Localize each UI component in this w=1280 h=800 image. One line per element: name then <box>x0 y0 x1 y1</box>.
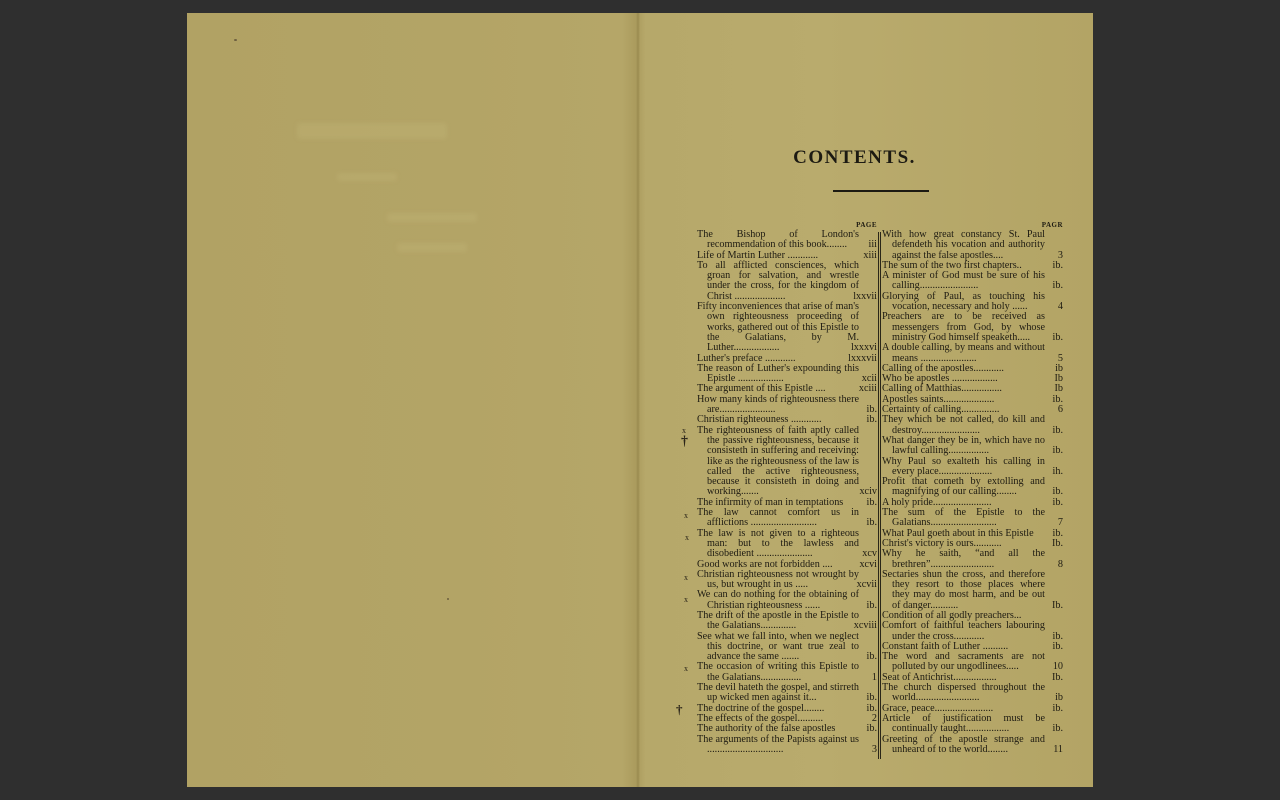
contents-entry: Christian righteousness not wrought by u… <box>697 570 877 591</box>
entry-page-number: 8 <box>1058 560 1063 570</box>
column-divider <box>878 232 881 759</box>
entry-title: Article of justification must be continu… <box>882 714 1063 735</box>
contents-entry: Why he saith, “and all the brethren”....… <box>882 549 1063 570</box>
entry-page-number: Ib. <box>1052 673 1063 683</box>
entry-page-number: 3 <box>872 745 877 755</box>
entry-title: The law is not given to a righteous man:… <box>697 529 877 560</box>
show-through-text <box>297 123 447 139</box>
contents-entry: Profit that cometh by extolling and magn… <box>882 477 1063 498</box>
contents-entry: The reason of Luther's expounding this E… <box>697 364 877 385</box>
entry-page-number: ib. <box>867 724 877 734</box>
contents-entry: The Bishop of London's recommendation of… <box>697 230 877 251</box>
entry-title: To all afflicted consciences, which groa… <box>697 261 877 302</box>
contents-entry: To all afflicted consciences, which groa… <box>697 261 877 302</box>
entry-title: Sectaries shun the cross, and therefore … <box>882 570 1063 611</box>
entry-page-number: ib. <box>1053 261 1063 271</box>
entry-title: What danger they be in, which have no la… <box>882 436 1063 457</box>
contents-entry: The righteousness of faith aptly called … <box>697 426 877 498</box>
entry-title: The word and sacraments are not polluted… <box>882 652 1063 673</box>
entry-title: Greeting of the apostle strange and unhe… <box>882 735 1063 756</box>
margin-mark-icon: x <box>685 533 689 543</box>
contents-entry: Sectaries shun the cross, and therefore … <box>882 570 1063 611</box>
entry-title: The church dispersed throughout the worl… <box>882 683 1063 704</box>
entry-page-number: xciii <box>859 384 877 394</box>
contents-entry: They which be not called, do kill and de… <box>882 415 1063 436</box>
contents-entry: How many kinds of righteousness there ar… <box>697 395 877 416</box>
entry-title: Why he saith, “and all the brethren”....… <box>882 549 1063 570</box>
contents-entry: The devil hateth the gospel, and stirret… <box>697 683 877 704</box>
entry-title: Why Paul so exalteth his calling in ever… <box>882 457 1063 478</box>
contents-entry: Preachers are to be received as messenge… <box>882 312 1063 343</box>
entry-page-number: ih. <box>1053 467 1063 477</box>
margin-mark-icon: x <box>684 595 688 605</box>
entry-page-number: ib. <box>867 498 877 508</box>
contents-entry: The church dispersed throughout the worl… <box>882 683 1063 704</box>
entry-page-number: ib. <box>1053 642 1063 652</box>
entry-page-number: ib. <box>867 601 877 611</box>
show-through-text <box>397 243 467 252</box>
entry-page-number: 11 <box>1053 745 1063 755</box>
entry-page-number: ib. <box>867 415 877 425</box>
title-rule <box>833 190 929 192</box>
entry-page-number: ib. <box>1053 426 1063 436</box>
contents-entry: Article of justification must be continu… <box>882 714 1063 735</box>
entry-title: They which be not called, do kill and de… <box>882 415 1063 436</box>
entry-page-number: ib. <box>1053 333 1063 343</box>
dagger-mark-icon: † <box>681 437 688 447</box>
contents-entry: We can do nothing for the obtaining of C… <box>697 590 877 611</box>
cross-mark-icon: † <box>676 705 683 715</box>
contents-entry: The sum of the Epistle to the Galatians.… <box>882 508 1063 529</box>
entry-page-number: xcvii <box>857 580 877 590</box>
entry-page-number: xcvi <box>859 560 877 570</box>
entry-title: The Bishop of London's recommendation of… <box>697 230 877 251</box>
contents-entry: The law cannot comfort us in afflictions… <box>697 508 877 529</box>
contents-entry: The law is not given to a righteous man:… <box>697 529 877 560</box>
entry-title: The devil hateth the gospel, and stirret… <box>697 683 877 704</box>
contents-entry: The arguments of the Papists against us … <box>697 735 877 756</box>
paper-speck <box>447 598 449 600</box>
entry-title: The reason of Luther's expounding this E… <box>697 364 877 385</box>
entry-title: A double calling, by means and without m… <box>882 343 1063 364</box>
entry-title: The law cannot comfort us in afflictions… <box>697 508 877 529</box>
entry-page-number: ib. <box>867 518 877 528</box>
entry-title: Preachers are to be received as messenge… <box>882 312 1063 343</box>
entry-page-number: 1 <box>872 673 877 683</box>
entry-page-number: xcv <box>862 549 877 559</box>
entry-page-number: Ib. <box>1052 601 1063 611</box>
contents-entry: Why Paul so exalteth his calling in ever… <box>882 457 1063 478</box>
contents-entry: A minister of God must be sure of his ca… <box>882 271 1063 292</box>
entry-title: Christian righteousness not wrought by u… <box>697 570 877 591</box>
page-title: CONTENTS. <box>628 147 1081 169</box>
contents-entry: Greeting of the apostle strange and unhe… <box>882 735 1063 756</box>
contents-entry: With how great constancy St. Paul defend… <box>882 230 1063 261</box>
entry-title: The authority of the false apostles <box>697 724 877 734</box>
contents-entry: Fifty inconveniences that arise of man's… <box>697 302 877 353</box>
entry-title: Glorying of Paul, as touching his vocati… <box>882 292 1063 313</box>
contents-column-right: PAGR With how great constancy St. Paul d… <box>882 221 1063 755</box>
entry-title: The sum of the Epistle to the Galatians.… <box>882 508 1063 529</box>
margin-mark-icon: x <box>684 573 688 583</box>
paper-speck <box>234 39 237 41</box>
entry-page-number: ib. <box>1053 724 1063 734</box>
contents-entry: What danger they be in, which have no la… <box>882 436 1063 457</box>
entry-page-number: xiii <box>863 251 877 261</box>
contents-entry: The word and sacraments are not polluted… <box>882 652 1063 673</box>
entry-title: A minister of God must be sure of his ca… <box>882 271 1063 292</box>
contents-entry: See what we fall into, when we neglect t… <box>697 632 877 663</box>
contents-entry: The authority of the false apostlesib. <box>697 724 877 734</box>
margin-mark-icon: x <box>684 511 688 521</box>
contents-entry: Glorying of Paul, as touching his vocati… <box>882 292 1063 313</box>
show-through-text <box>387 213 477 222</box>
entry-title: The arguments of the Papists against us … <box>697 735 877 756</box>
show-through-text <box>337 173 397 181</box>
entry-title: Comfort of faithful teachers labouring u… <box>882 621 1063 642</box>
contents-entry: The drift of the apostle in the Epistle … <box>697 611 877 632</box>
left-page-blank <box>187 13 638 787</box>
margin-mark-icon: x <box>684 664 688 674</box>
entry-title: With how great constancy St. Paul defend… <box>882 230 1063 261</box>
entry-page-number: ib. <box>1053 704 1063 714</box>
entry-title: How many kinds of righteousness there ar… <box>697 395 877 416</box>
entry-page-number: ib. <box>1053 498 1063 508</box>
contents-column-left: PAGE The Bishop of London's recommendati… <box>697 221 877 755</box>
contents-entry: The occasion of writing this Epistle to … <box>697 662 877 683</box>
entry-page-number: Ib. <box>1052 539 1063 549</box>
contents-entry: A double calling, by means and without m… <box>882 343 1063 364</box>
entry-title: The occasion of writing this Epistle to … <box>697 662 877 683</box>
entry-page-number: ib. <box>1053 446 1063 456</box>
book-spread: CONTENTS. PAGE The Bishop of London's re… <box>187 13 1093 787</box>
entry-title: See what we fall into, when we neglect t… <box>697 632 877 663</box>
contents-page: CONTENTS. PAGE The Bishop of London's re… <box>640 13 1093 787</box>
entry-page-number: ib. <box>1053 281 1063 291</box>
entry-title: The drift of the apostle in the Epistle … <box>697 611 877 632</box>
entry-page-number: ib. <box>867 652 877 662</box>
contents-entry: Comfort of faithful teachers labouring u… <box>882 621 1063 642</box>
entry-page-number: 4 <box>1058 302 1063 312</box>
entry-page-number: 6 <box>1058 405 1063 415</box>
entry-title: Profit that cometh by extolling and magn… <box>882 477 1063 498</box>
entry-title: We can do nothing for the obtaining of C… <box>697 590 877 611</box>
entry-title: The righteousness of faith aptly called … <box>697 426 877 498</box>
